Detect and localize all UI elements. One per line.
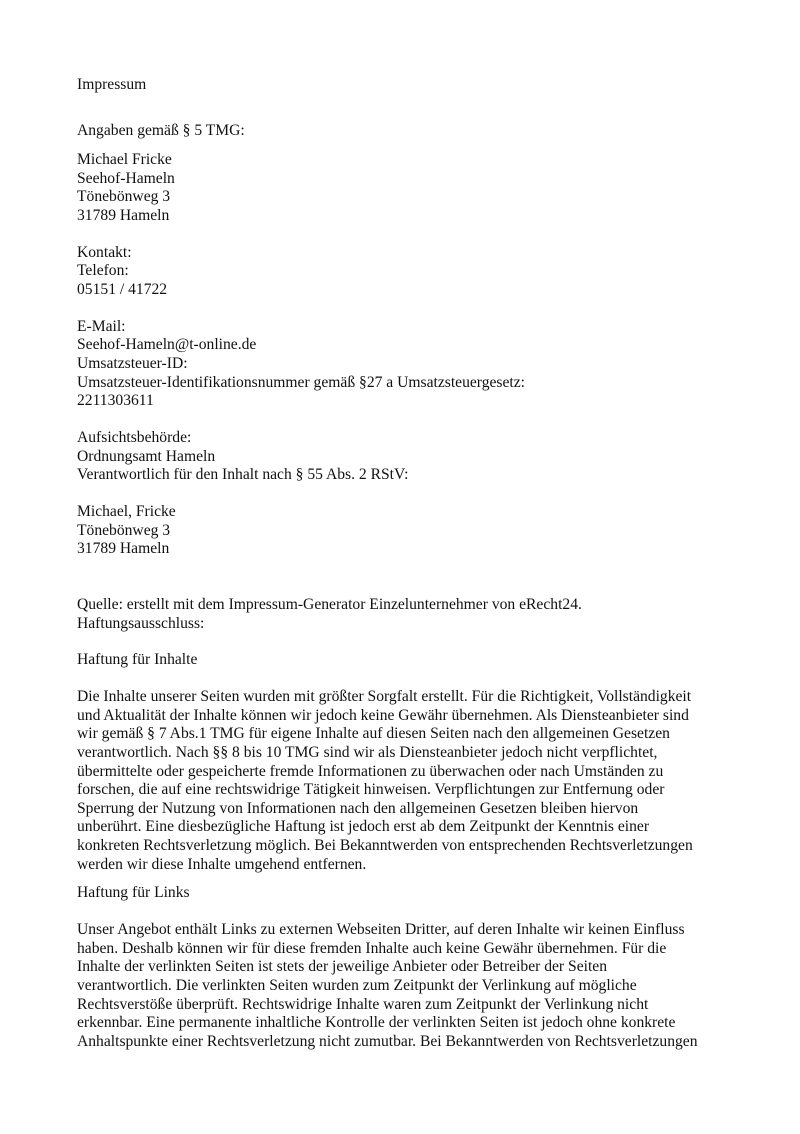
email-label: E-Mail: [77,318,126,337]
contact-label: Kontakt: [77,244,132,263]
business-name: Seehof-Hameln [77,170,175,189]
responsible-street: Tönebönweg 3 [77,522,170,541]
paragraph-line: Die Inhalte unserer Seiten wurden mit gr… [77,688,757,707]
document-page: Impressum Angaben gemäß § 5 TMG: Michael… [0,0,800,1134]
disclaimer-heading: Haftungsausschluss: [77,615,204,634]
street-address: Tönebönweg 3 [77,188,170,207]
paragraph-line: unberührt. Eine diesbezügliche Haftung i… [77,818,757,837]
paragraph-line: forschen, die auf eine rechtswidrige Tät… [77,781,757,800]
liability-links-heading: Haftung für Links [77,884,190,903]
page-title: Impressum [77,76,146,95]
liability-links-paragraph: Unser Angebot enthält Links zu externen … [77,921,757,1051]
source-note: Quelle: erstellt mit dem Impressum-Gener… [77,596,582,615]
vat-id-number: 2211303611 [77,392,154,411]
email-address: Seehof-Hameln@t-online.de [77,336,256,355]
paragraph-line: wir gemäß § 7 Abs.1 TMG für eigene Inhal… [77,725,757,744]
paragraph-line: haben. Deshalb können wir für diese frem… [77,940,757,959]
paragraph-line: Inhalte der verlinkten Seiten ist stets … [77,958,757,977]
phone-number: 05151 / 41722 [77,281,167,300]
paragraph-line: Rechtsverstöße überprüft. Rechtswidrige … [77,996,757,1015]
paragraph-line: konkreten Rechtsverletzung möglich. Bei … [77,837,757,856]
paragraph-line: verantwortlich. Die verlinkten Seiten wu… [77,977,757,996]
paragraph-line: Anhaltspunkte einer Rechtsverletzung nic… [77,1033,757,1052]
paragraph-line: erkennbar. Eine permanente inhaltliche K… [77,1014,757,1033]
vat-id-label: Umsatzsteuer-ID: [77,355,188,374]
liability-content-paragraph: Die Inhalte unserer Seiten wurden mit gr… [77,688,757,874]
paragraph-line: werden wir diese Inhalte umgehend entfer… [77,856,757,875]
paragraph-line: verantwortlich. Nach §§ 8 bis 10 TMG sin… [77,744,757,763]
paragraph-line: Unser Angebot enthält Links zu externen … [77,921,757,940]
responsible-name: Michael, Fricke [77,503,176,522]
responsible-postal-city: 31789 Hameln [77,540,169,559]
paragraph-line: übermittelte oder gespeicherte fremde In… [77,763,757,782]
owner-name: Michael Fricke [77,151,172,170]
liability-content-heading: Haftung für Inhalte [77,651,197,670]
vat-id-description: Umsatzsteuer-Identifikationsnummer gemäß… [77,374,525,393]
authority-name: Ordnungsamt Hameln [77,448,215,467]
section-heading-tmg: Angaben gemäß § 5 TMG: [77,122,245,141]
phone-label: Telefon: [77,262,129,281]
postal-city: 31789 Hameln [77,207,169,226]
authority-label: Aufsichtsbehörde: [77,429,191,448]
responsible-person-label: Verantwortlich für den Inhalt nach § 55 … [77,466,408,485]
paragraph-line: Sperrung der Nutzung von Informationen n… [77,800,757,819]
paragraph-line: und Aktualität der Inhalte können wir je… [77,707,757,726]
